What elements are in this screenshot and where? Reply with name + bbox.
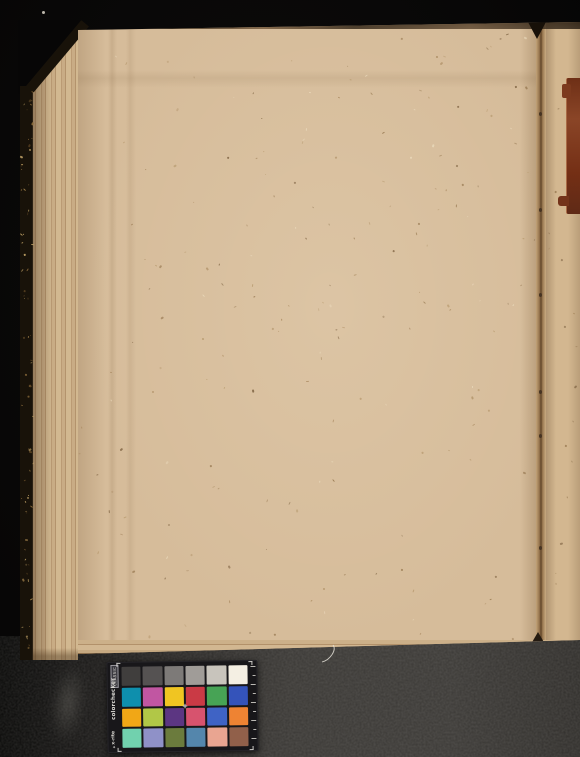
paper-fleck	[347, 65, 348, 66]
paper-fleck	[132, 570, 136, 573]
paper-fleck	[576, 346, 578, 347]
paper-fleck	[401, 569, 404, 571]
dust-speck	[42, 11, 45, 14]
page-edge-stack	[32, 24, 78, 660]
paper-fleck	[554, 191, 556, 193]
paper-fleck	[228, 565, 231, 568]
sewing-station-dot	[539, 546, 542, 550]
sewing-station-dot	[539, 434, 542, 438]
colorchecker-patch-green	[207, 686, 227, 705]
colorchecker-patch-black	[121, 667, 141, 686]
paper-fleck	[514, 142, 517, 145]
paper-fleck	[24, 297, 26, 298]
paper-fleck	[470, 459, 472, 461]
paper-fleck	[97, 474, 99, 475]
paper-fleck	[287, 305, 289, 307]
paper-fleck	[400, 534, 402, 536]
registration-bracket-bottom-left	[118, 748, 122, 752]
colorchecker-patch-orange	[229, 707, 249, 726]
paper-fleck	[81, 427, 83, 429]
paper-fleck	[79, 453, 81, 454]
paper-fleck	[27, 647, 29, 649]
paper-fleck	[305, 237, 307, 239]
paper-fleck	[456, 205, 457, 208]
paper-fleck	[456, 106, 458, 108]
paper-fleck	[265, 174, 267, 176]
paper-fleck	[31, 362, 33, 364]
ruler-tick	[251, 738, 256, 739]
paper-fleck	[557, 108, 559, 110]
paper-fleck	[26, 108, 28, 110]
paper-fleck	[132, 342, 133, 343]
paper-fleck	[26, 268, 29, 271]
paper-fleck	[466, 216, 468, 218]
paper-fleck	[190, 553, 192, 555]
paper-fleck	[274, 633, 277, 636]
paper-fleck	[328, 223, 330, 225]
ruler-tick	[251, 720, 256, 721]
paper-fleck	[30, 506, 33, 508]
paper-fleck	[115, 56, 117, 58]
paper-fleck	[443, 56, 446, 58]
paper-fleck	[310, 599, 312, 601]
paper-fleck	[418, 292, 419, 293]
paper-fleck	[206, 379, 208, 381]
paper-fleck	[455, 165, 457, 167]
facing-page-ornament	[566, 78, 580, 214]
paper-fleck	[472, 423, 475, 426]
colorchecker-patch-foliage	[165, 728, 185, 747]
colorchecker-patch-dark-skin	[229, 727, 249, 746]
paper-fleck	[306, 127, 307, 130]
colorchecker-patch-purple	[165, 707, 185, 726]
paper-fleck	[110, 372, 112, 374]
paper-fleck	[335, 329, 337, 330]
registration-bracket-top-right	[248, 661, 252, 665]
colorchecker-patch-neutral-3.5	[143, 666, 163, 685]
paper-fleck	[29, 626, 30, 628]
colorchecker-patch-purplish-blue	[207, 707, 227, 726]
paper-fleck	[329, 284, 332, 286]
paper-fleck	[26, 497, 29, 500]
paper-fleck	[413, 109, 415, 111]
paper-fleck	[500, 38, 502, 40]
paper-fleck	[486, 47, 488, 49]
xrite-logo-text: x-rite	[111, 731, 116, 745]
ornament-serif	[562, 84, 571, 98]
paper-fleck	[21, 242, 24, 244]
paper-fleck	[20, 156, 23, 159]
paper-fleck	[21, 269, 23, 272]
sewing-station-dot	[539, 390, 542, 394]
paper-fleck	[281, 319, 282, 321]
paper-fleck	[477, 185, 478, 187]
paper-fleck	[28, 144, 31, 147]
paper-fleck	[350, 79, 352, 81]
paper-fleck	[148, 635, 150, 638]
paper-fleck	[218, 488, 220, 490]
paper-fleck	[222, 355, 224, 357]
paper-fleck	[410, 157, 413, 160]
paper-fleck	[234, 306, 237, 308]
colorchecker-patch-neutral-8	[207, 665, 227, 684]
paper-fleck	[120, 448, 123, 451]
paper-fleck	[445, 189, 446, 191]
paper-fleck	[29, 148, 31, 150]
paper-fleck	[21, 498, 22, 499]
paper-fleck	[28, 297, 29, 299]
paper-fleck	[30, 598, 33, 600]
paper-fleck	[523, 471, 526, 474]
paper-fleck	[419, 89, 422, 91]
paper-fleck	[192, 202, 194, 204]
paper-fleck	[490, 599, 492, 600]
paper-fleck	[120, 534, 123, 536]
paper-fleck	[98, 551, 100, 554]
book-scan-photo: CLASSIC colorchecker ✦x-rite +	[0, 0, 580, 757]
ornament-foot	[558, 196, 569, 206]
paper-fleck	[487, 109, 489, 112]
paper-fleck	[417, 222, 419, 225]
paper-fleck	[252, 92, 254, 95]
paper-fleck	[184, 252, 186, 254]
colorchecker-patch-bluish-green	[122, 729, 142, 748]
paper-fleck	[490, 114, 492, 116]
paper-fleck	[224, 387, 226, 389]
paper-fleck	[493, 330, 495, 332]
paper-fleck	[461, 184, 463, 186]
paper-fleck	[274, 195, 276, 198]
paper-fleck	[426, 245, 428, 247]
paper-fleck	[152, 391, 154, 393]
paper-fleck	[389, 206, 391, 208]
paper-fleck	[440, 62, 443, 65]
paper-fleck	[512, 304, 514, 306]
ruler-tick	[253, 711, 256, 712]
colorchecker-patch-red	[186, 686, 206, 705]
colorchecker-patch-grid: +	[121, 665, 248, 748]
paper-fleck	[365, 75, 368, 78]
paper-fleck	[202, 338, 204, 340]
paper-fleck	[23, 104, 25, 106]
paper-fleck	[297, 510, 299, 513]
paper-fleck	[246, 225, 248, 227]
paper-fleck	[369, 222, 371, 225]
paper-fleck	[250, 255, 252, 256]
paper-fleck	[29, 210, 30, 212]
paper-fleck	[23, 188, 26, 191]
paper-fleck	[145, 168, 147, 170]
paper-fleck	[31, 244, 34, 246]
paper-fleck	[566, 496, 568, 499]
paper-fleck	[26, 212, 28, 215]
paper-fleck	[233, 97, 235, 99]
paper-fleck	[278, 331, 280, 333]
paper-fleck	[124, 516, 127, 518]
paper-fleck	[423, 301, 426, 304]
paper-fleck	[159, 265, 162, 269]
paper-fleck	[393, 250, 395, 252]
paper-fleck	[555, 573, 556, 574]
paper-fleck	[26, 572, 28, 574]
paper-fleck	[28, 494, 30, 496]
paper-fleck	[149, 288, 151, 290]
paper-fleck	[23, 234, 24, 235]
paper-fleck	[24, 374, 27, 377]
paper-fleck	[168, 524, 170, 526]
paper-fleck	[295, 227, 296, 229]
colorchecker-patch-orange-yellow	[122, 708, 142, 727]
paper-fleck	[167, 60, 169, 63]
paper-fleck	[31, 138, 33, 140]
paper-fleck	[564, 325, 567, 328]
registration-cross-mark: +	[182, 703, 188, 710]
colorchecker-patch-cyan	[122, 687, 142, 706]
paper-fleck	[548, 247, 550, 249]
paper-fleck	[30, 104, 32, 106]
paper-fleck	[227, 157, 230, 160]
paper-fleck	[25, 512, 27, 514]
paper-fleck	[28, 563, 30, 565]
paper-fleck	[123, 142, 125, 144]
cover-board-edge	[20, 86, 33, 660]
paper-fleck	[24, 254, 26, 256]
paper-fleck	[202, 294, 205, 297]
paper-fleck	[507, 303, 509, 305]
paper-fleck	[306, 381, 309, 382]
gutter-top-notch	[528, 22, 546, 39]
paper-fleck	[324, 611, 326, 614]
paper-fleck	[21, 626, 24, 628]
paper-fleck	[471, 386, 473, 388]
paper-fleck	[520, 284, 522, 286]
paper-fleck	[524, 36, 527, 39]
paper-fleck	[262, 151, 264, 152]
paper-fleck	[478, 389, 480, 391]
paper-fleck	[332, 419, 334, 422]
paper-fleck	[253, 296, 256, 298]
paper-fleck	[382, 180, 385, 182]
colorchecker-patch-light-skin	[208, 728, 228, 747]
paper-fleck	[332, 479, 335, 482]
ruler-tick	[250, 666, 255, 667]
paper-fleck	[193, 77, 194, 79]
paper-fleck	[525, 86, 528, 89]
registration-bracket-top-left	[116, 663, 120, 667]
sewing-station-dot	[539, 208, 542, 212]
paper-fleck	[448, 450, 450, 452]
paper-fleck	[447, 304, 450, 307]
ruler-tick	[253, 693, 256, 694]
paper-fleck	[288, 502, 290, 505]
paper-fleck	[420, 633, 422, 635]
paper-fleck	[338, 97, 340, 99]
book-gutter	[536, 22, 546, 654]
paper-fleck	[321, 302, 323, 304]
paper-fleck	[573, 385, 577, 389]
paper-fleck	[571, 461, 573, 463]
paper-fleck	[29, 470, 31, 472]
paper-fleck	[432, 144, 434, 147]
paper-fleck	[412, 618, 415, 621]
paper-fleck	[161, 316, 164, 319]
paper-fleck	[384, 404, 386, 406]
paper-fleck	[319, 481, 320, 483]
paper-fleck	[28, 184, 30, 186]
paper-fleck	[24, 480, 26, 482]
paper-fleck	[176, 108, 179, 112]
colorchecker-product-label: colorchecker	[111, 678, 118, 720]
paper-fleck	[421, 452, 423, 454]
paper-fleck	[329, 304, 332, 308]
paper-fleck	[265, 549, 266, 550]
paper-fleck	[22, 578, 25, 581]
registration-bracket-bottom-right	[250, 746, 254, 750]
paper-fleck	[28, 396, 30, 398]
colorchecker-label-strip: CLASSIC colorchecker ✦x-rite	[107, 662, 122, 753]
paper-fleck	[294, 181, 297, 184]
paper-fleck	[31, 100, 33, 102]
paper-fleck	[335, 156, 338, 159]
paper-fleck	[312, 206, 315, 208]
colorchecker-card: CLASSIC colorchecker ✦x-rite +	[106, 660, 258, 753]
paper-fleck	[490, 45, 492, 47]
paper-fleck	[415, 233, 417, 236]
ruler-tick	[253, 729, 256, 730]
paper-fleck	[160, 367, 162, 369]
paper-fleck	[488, 410, 490, 413]
paper-fleck	[165, 577, 167, 579]
stray-fiber	[318, 642, 348, 664]
paper-fleck	[24, 558, 26, 561]
paper-fleck	[495, 575, 498, 578]
paper-fleck	[565, 444, 568, 446]
paper-fleck	[221, 283, 224, 286]
paper-fleck	[561, 259, 563, 261]
paper-fleck	[523, 238, 525, 240]
paper-fleck	[155, 264, 157, 266]
paper-fleck	[166, 556, 168, 559]
paper-fleck	[25, 501, 27, 503]
paper-fleck	[291, 60, 293, 62]
paper-fleck	[401, 38, 403, 40]
paper-fleck	[23, 294, 25, 296]
paper-fleck	[166, 461, 169, 464]
paper-fleck	[527, 172, 529, 173]
paper-fleck	[30, 334, 31, 335]
paper-fleck	[184, 624, 186, 627]
paper-fleck	[449, 308, 452, 310]
paper-fleck	[510, 127, 512, 129]
colorchecker-patch-magenta	[143, 687, 163, 706]
paper-fleck	[337, 336, 339, 339]
colorchecker-patch-white	[228, 665, 248, 684]
paper-fleck	[354, 274, 357, 276]
paper-fleck	[571, 421, 573, 423]
colorchecker-patch-neutral-5	[164, 666, 184, 685]
paper-fleck	[435, 188, 437, 190]
paper-fleck	[515, 86, 518, 89]
paper-fleck	[321, 357, 322, 360]
colorchecker-patch-yellow-green	[143, 708, 163, 727]
paper-fleck	[29, 384, 32, 388]
sewing-station-dot	[539, 293, 542, 297]
paper-fleck	[382, 132, 385, 134]
paper-fleck	[412, 589, 414, 592]
paper-fleck	[24, 549, 26, 551]
colorchecker-patch-blue-sky	[186, 728, 206, 747]
paper-fleck	[23, 336, 26, 339]
paper-fleck	[125, 62, 127, 65]
paper-fleck	[484, 602, 487, 605]
paper-fleck	[323, 587, 325, 589]
paper-fleck	[21, 189, 23, 191]
paper-fleck	[436, 56, 438, 58]
paper-fleck	[560, 542, 563, 545]
paper-fleck	[249, 631, 252, 634]
xrite-logo: ✦x-rite	[111, 731, 116, 750]
paper-fleck	[471, 396, 474, 399]
paper-fleck	[228, 600, 230, 603]
colorchecker-patch-neutral-6.5	[185, 666, 205, 685]
sewing-station-dot	[539, 112, 542, 116]
paper-fleck	[370, 92, 373, 95]
paper-fleck	[506, 33, 509, 35]
paper-fleck	[25, 539, 28, 541]
paper-fleck	[261, 118, 263, 120]
paper-fleck	[353, 238, 355, 241]
paper-fleck	[302, 138, 305, 141]
paper-fleck	[317, 308, 319, 311]
paper-fleck	[342, 326, 345, 328]
colorchecker-patch-blue	[228, 686, 248, 705]
paper-fleck	[472, 283, 474, 285]
paper-fleck	[218, 263, 220, 265]
paper-fleck	[267, 500, 269, 503]
paper-fleck	[173, 164, 176, 167]
paper-fleck	[110, 399, 112, 402]
paper-fleck	[436, 208, 439, 210]
paper-fleck	[130, 223, 132, 225]
paper-fleck	[21, 169, 23, 171]
xrite-logo-mark: ✦	[112, 745, 117, 750]
paper-fleck	[212, 485, 215, 488]
page-spread	[78, 22, 580, 654]
paper-fleck	[186, 569, 189, 570]
paper-fleck	[555, 583, 557, 585]
colorchecker-patch-blue-flower	[144, 729, 164, 748]
paper-fleck	[573, 313, 575, 315]
paper-fleck	[28, 139, 30, 141]
blank-left-page	[78, 22, 536, 654]
paper-fleck	[332, 461, 334, 462]
paper-fleck	[344, 573, 346, 575]
paper-fleck	[144, 258, 146, 259]
ruler-tick	[251, 684, 256, 685]
paper-fleck	[479, 299, 481, 301]
colorchecker-patch-moderate-red	[186, 707, 206, 726]
paper-fleck	[109, 510, 110, 513]
paper-fleck	[360, 398, 362, 400]
paper-fleck	[320, 352, 322, 354]
paper-fleck	[206, 267, 209, 270]
paper-fleck	[252, 284, 254, 287]
colorchecker-ruler-scale	[247, 666, 256, 744]
paper-fleck	[252, 389, 254, 392]
paper-fleck	[210, 464, 212, 466]
paper-fleck	[374, 573, 377, 576]
page-top-edge	[78, 22, 580, 29]
